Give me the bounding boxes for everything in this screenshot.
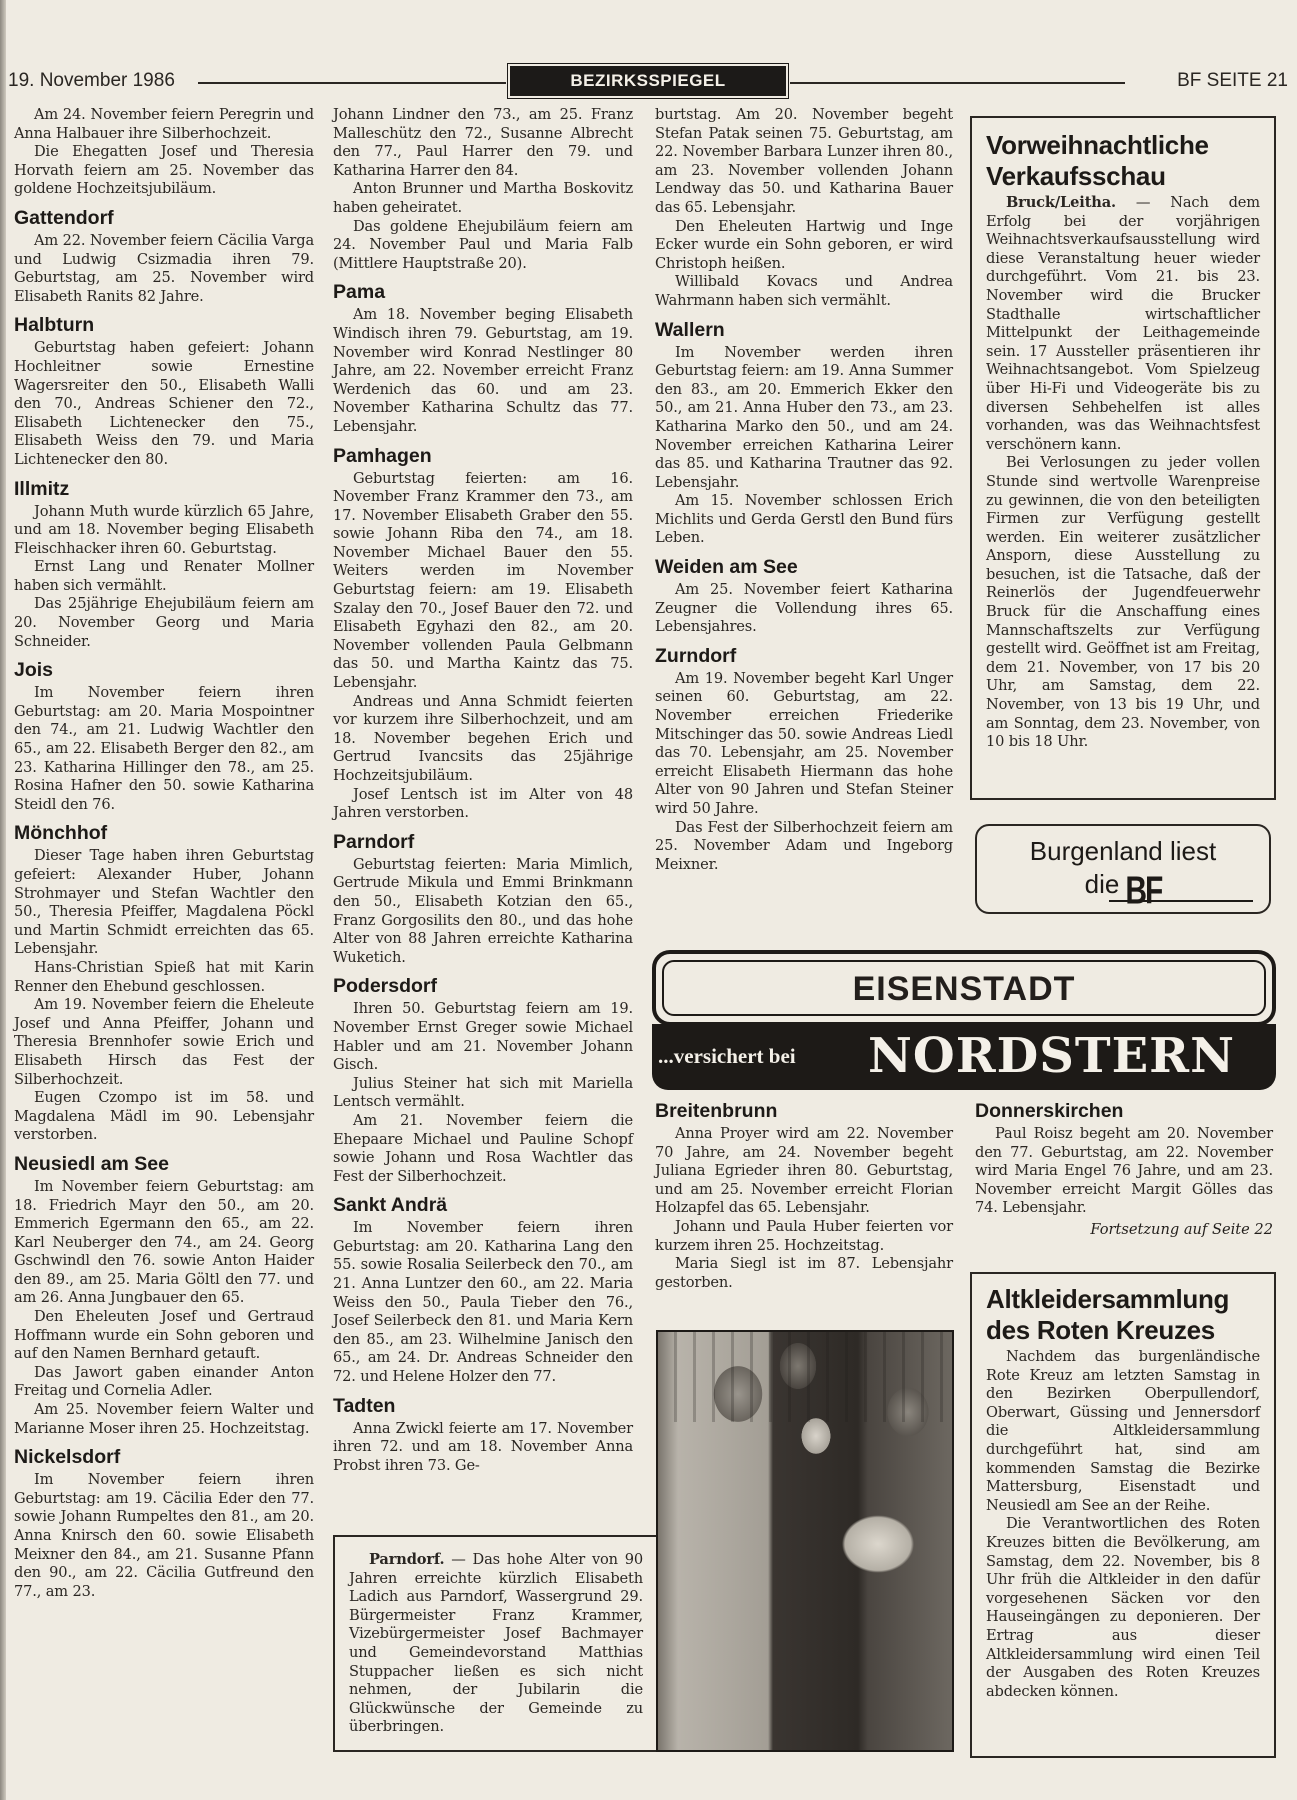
continuation-link[interactable]: Fortsetzung auf Seite 22 xyxy=(975,1220,1273,1240)
section-title: BEZIRKSSPIEGEL xyxy=(510,66,786,96)
location-heading: Podersdorf xyxy=(333,975,633,997)
article-paragraph: Am 22. November feiern Cäcilia Varga und… xyxy=(14,232,314,306)
location-heading: Halbturn xyxy=(14,314,314,336)
article-paragraph: Hans-Christian Spieß hat mit Karin Renne… xyxy=(14,959,314,996)
article-paragraph: Am 25. November feiert Katharina Zeugner… xyxy=(655,581,953,637)
article-verkaufsschau: Vorweihnachtliche Verkaufsschau Bruck/Le… xyxy=(970,116,1276,800)
location-heading: Donnerskirchen xyxy=(975,1100,1273,1122)
article-paragraph: Im November feiern Geburtstag: am 18. Fr… xyxy=(14,1178,314,1308)
article-paragraph: Geburtstag haben gefeiert: Johann Hochle… xyxy=(14,339,314,469)
article-paragraph: Willibald Kovacs und Andrea Wahrmann hab… xyxy=(655,273,953,310)
ad-city-frame: EISENSTADT xyxy=(652,950,1276,1026)
location-heading: Parndorf xyxy=(333,831,633,853)
article-paragraph: Anna Proyer wird am 22. November 70 Jahr… xyxy=(655,1125,953,1218)
article-paragraph: Am 24. November feiern Peregrin und Anna… xyxy=(14,106,314,143)
article-paragraph: Anton Brunner und Martha Boskovitz haben… xyxy=(333,180,633,217)
article-paragraph: Johann und Paula Huber feierten vor kurz… xyxy=(655,1218,953,1255)
photo-fence-detail xyxy=(658,1332,952,1422)
column-1: Am 24. November feiern Peregrin und Anna… xyxy=(14,106,314,1601)
article-paragraph: Dieser Tage haben ihren Geburtstag gefei… xyxy=(14,847,314,959)
location-heading: Sankt Andrä xyxy=(333,1194,633,1216)
ad-brand-bar: ...versichert bei NORDSTERN xyxy=(652,1024,1276,1090)
dateline: Bruck/Leitha. xyxy=(1006,194,1116,211)
article-paragraph: Ihren 50. Geburtstag feiern am 19. Novem… xyxy=(333,1000,633,1074)
column-3: burtstag. Am 20. November begeht Stefan … xyxy=(655,106,953,874)
article-paragraph: Nachdem das burgenländische Rote Kreuz a… xyxy=(986,1348,1260,1515)
news-photo xyxy=(656,1330,954,1752)
article-breitenbrunn: Breitenbrunn Anna Proyer wird am 22. Nov… xyxy=(655,1100,953,1292)
header-rule-left xyxy=(198,82,506,84)
article-paragraph: Das Jawort gaben einander Anton Freitag … xyxy=(14,1364,314,1401)
photo-caption: Parndorf. — Das hohe Alter von 90 Jahren… xyxy=(349,1551,643,1737)
location-heading: Tadten xyxy=(333,1395,633,1417)
article-paragraph: Am 19. November feiern die Eheleute Jose… xyxy=(14,996,314,1089)
bf-logo: BF xyxy=(1125,870,1161,914)
article-paragraph: Das Fest der Silberhochzeit feiern am 25… xyxy=(655,819,953,875)
article-paragraph: Julius Steiner hat sich mit Mariella Len… xyxy=(333,1075,633,1112)
article-paragraph: Im November feiern ihren Geburtstag: am … xyxy=(14,684,314,814)
location-heading: Mönchhof xyxy=(14,822,314,844)
article-paragraph: Im November feiern ihren Geburtstag: am … xyxy=(14,1471,314,1601)
article-paragraph: Am 15. November schlossen Erich Michlits… xyxy=(655,492,953,548)
article-paragraph: Geburtstag feierten: Maria Mimlich, Gert… xyxy=(333,856,633,968)
page-header: 19. November 1986 BEZIRKSSPIEGEL BF SEIT… xyxy=(8,66,1290,98)
ad-line: die xyxy=(1085,869,1120,900)
article-paragraph: Die Ehegatten Josef und Theresia Horvath… xyxy=(14,143,314,199)
article-paragraph: Die Verantwortlichen des Roten Kreuzes b… xyxy=(986,1515,1260,1701)
location-heading: Zurndorf xyxy=(655,645,953,667)
article-paragraph: Am 18. November beging Elisabeth Windisc… xyxy=(333,306,633,436)
newspaper-page: 19. November 1986 BEZIRKSSPIEGEL BF SEIT… xyxy=(0,0,1297,1800)
article-altkleidersammlung: Altkleidersammlung des Roten Kreuzes Nac… xyxy=(970,1272,1276,1758)
article-paragraph: Das goldene Ehejubiläum feiern am 24. No… xyxy=(333,218,633,274)
article-paragraph: Den Eheleuten Josef und Gertraud Hoffman… xyxy=(14,1308,314,1364)
header-rule-right xyxy=(790,82,1125,84)
article-paragraph: Johann Lindner den 73., am 25. Franz Mal… xyxy=(333,106,633,180)
article-paragraph: Geburtstag feierten: am 16. November Fra… xyxy=(333,470,633,693)
location-heading: Gattendorf xyxy=(14,207,314,229)
page-number: BF SEITE 21 xyxy=(1177,70,1288,92)
article-paragraph: Bei Verlosungen zu jeder vollen Stunde s… xyxy=(986,454,1260,752)
article-paragraph: Das 25jährige Ehejubiläum feiern am 20. … xyxy=(14,595,314,651)
article-paragraph: Den Eheleuten Hartwig und Inge Ecker wur… xyxy=(655,218,953,274)
article-paragraph: Im November feiern ihren Geburtstag: am … xyxy=(333,1219,633,1386)
article-paragraph: Am 19. November begeht Karl Unger seinen… xyxy=(655,670,953,819)
location-heading: Pama xyxy=(333,281,633,303)
article-paragraph: Bruck/Leitha. — Nach dem Erfolg bei der … xyxy=(986,194,1260,454)
article-paragraph: Andreas und Anna Schmidt feierten vor ku… xyxy=(333,693,633,786)
ad-city: EISENSTADT xyxy=(662,960,1266,1016)
location-heading: Breitenbrunn xyxy=(655,1100,953,1122)
article-paragraph: Johann Muth wurde kürzlich 65 Jahre, und… xyxy=(14,503,314,559)
article-paragraph: Im November werden ihren Geburtstag feie… xyxy=(655,344,953,493)
scan-edge xyxy=(0,0,6,1800)
column-2: Johann Lindner den 73., am 25. Franz Mal… xyxy=(333,106,633,1475)
logo-underline xyxy=(1109,900,1253,902)
article-paragraph: Maria Siegl ist im 87. Lebensjahr gestor… xyxy=(655,1255,953,1292)
article-paragraph: Anna Zwickl feierte am 17. November ihre… xyxy=(333,1420,633,1476)
article-donnerskirchen: Donnerskirchen Paul Roisz begeht am 20. … xyxy=(975,1100,1273,1240)
article-paragraph: Eugen Czompo ist im 58. und Magdalena Mä… xyxy=(14,1089,314,1145)
article-paragraph: Paul Roisz begeht am 20. November den 77… xyxy=(975,1125,1273,1218)
ad-tagline: ...versichert bei xyxy=(658,1044,796,1069)
article-paragraph: Am 21. November feiern die Ehepaare Mich… xyxy=(333,1112,633,1186)
bf-advertisement: Burgenland liest dieBF xyxy=(975,824,1271,914)
location-heading: Jois xyxy=(14,659,314,681)
location-heading: Illmitz xyxy=(14,478,314,500)
ad-line: Burgenland liest xyxy=(977,836,1269,867)
location-heading: Pamhagen xyxy=(333,445,633,467)
article-paragraph: burtstag. Am 20. November begeht Stefan … xyxy=(655,106,953,218)
dateline: Parndorf. xyxy=(369,1551,444,1568)
nordstern-advertisement: EISENSTADT ...versichert bei NORDSTERN xyxy=(652,950,1276,1090)
article-title: Altkleidersammlung des Roten Kreuzes xyxy=(986,1284,1260,1346)
photo-caption-box: Parndorf. — Das hohe Alter von 90 Jahren… xyxy=(333,1535,657,1752)
issue-date: 19. November 1986 xyxy=(8,70,175,92)
article-paragraph: Josef Lentsch ist im Alter von 48 Jahren… xyxy=(333,786,633,823)
location-heading: Wallern xyxy=(655,319,953,341)
article-paragraph: Am 25. November feiern Walter und Marian… xyxy=(14,1401,314,1438)
location-heading: Neusiedl am See xyxy=(14,1153,314,1175)
article-paragraph: Ernst Lang und Renater Mollner haben sic… xyxy=(14,558,314,595)
article-title: Vorweihnachtliche Verkaufsschau xyxy=(986,130,1260,192)
location-heading: Nickelsdorf xyxy=(14,1446,314,1468)
ad-brand: NORDSTERN xyxy=(868,1028,1235,1084)
location-heading: Weiden am See xyxy=(655,556,953,578)
